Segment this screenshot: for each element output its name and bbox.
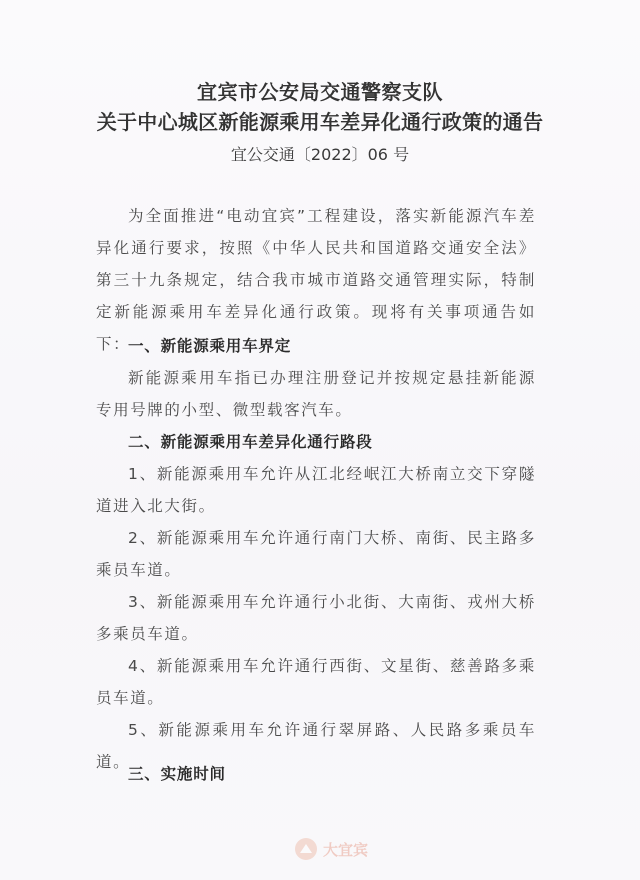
watermark: 大宜宾 <box>295 838 368 860</box>
section-heading: 一、新能源乘用车界定 <box>96 330 536 362</box>
watermark-text: 大宜宾 <box>323 839 368 860</box>
section-heading: 三、实施时间 <box>96 758 536 790</box>
list-item: 1、新能源乘用车允许从江北经岷江大桥南立交下穿隧道进入北大街。 <box>96 458 536 522</box>
document-number: 宜公交通〔2022〕06 号 <box>0 142 640 165</box>
document-page: 宜宾市公安局交通警察支队 关于中心城区新能源乘用车差异化通行政策的通告 宜公交通… <box>0 0 640 880</box>
list-item: 2、新能源乘用车允许通行南门大桥、南街、民主路多乘员车道。 <box>96 522 536 586</box>
notice-title: 关于中心城区新能源乘用车差异化通行政策的通告 <box>0 106 640 135</box>
issuer-title: 宜宾市公安局交通警察支队 <box>0 76 640 105</box>
section-1: 一、新能源乘用车界定 新能源乘用车指已办理注册登记并按规定悬挂新能源专用号牌的小… <box>96 330 536 426</box>
list-item: 3、新能源乘用车允许通行小北街、大南街、戎州大桥多乘员车道。 <box>96 586 536 650</box>
section-3: 三、实施时间 <box>96 758 536 790</box>
mountain-logo-icon <box>295 838 317 860</box>
section-paragraph: 新能源乘用车指已办理注册登记并按规定悬挂新能源专用号牌的小型、微型载客汽车。 <box>96 362 536 426</box>
list-item: 4、新能源乘用车允许通行西街、文星街、慈善路多乘员车道。 <box>96 650 536 714</box>
section-heading: 二、新能源乘用车差异化通行路段 <box>96 426 536 458</box>
section-2: 二、新能源乘用车差异化通行路段 1、新能源乘用车允许从江北经岷江大桥南立交下穿隧… <box>96 426 536 778</box>
